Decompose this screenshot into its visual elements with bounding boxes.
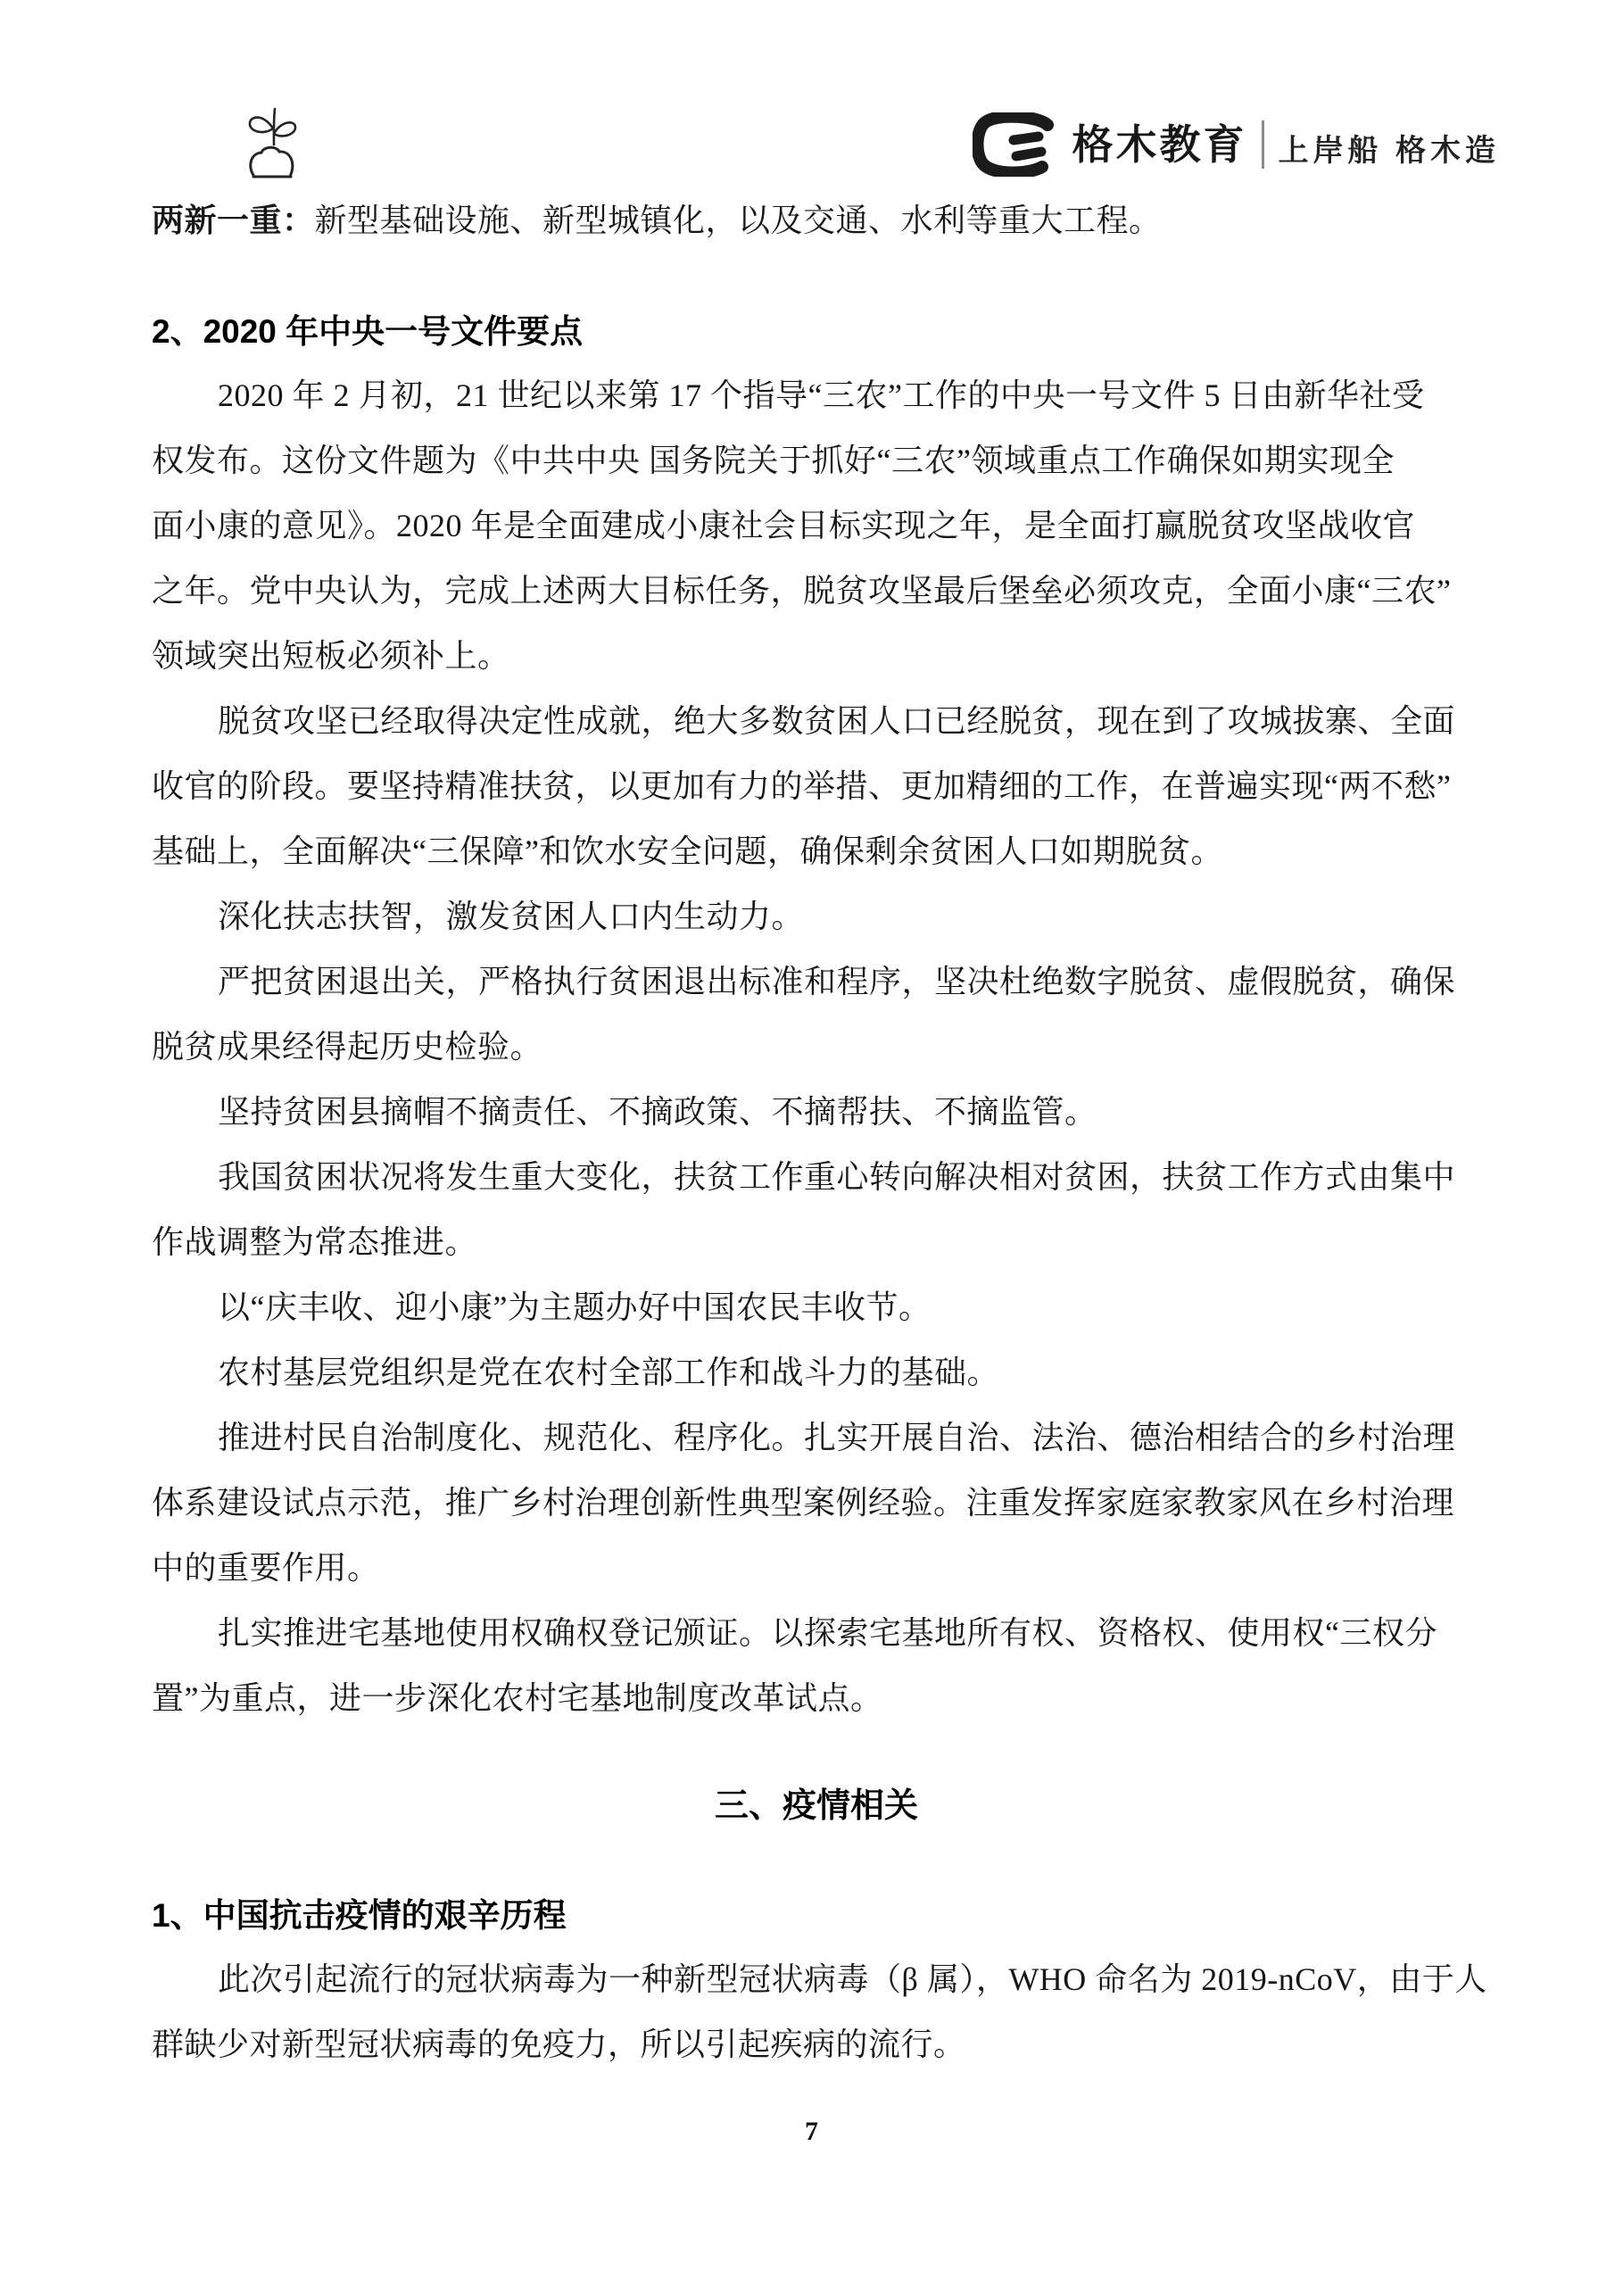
intro-line: 两新一重：新型基础设施、新型城镇化，以及交通、水利等重大工程。: [152, 186, 1481, 251]
body-line: 推进村民自治制度化、规范化、程序化。扎实开展自治、法治、德治相结合的乡村治理: [152, 1403, 1481, 1468]
body-line: 中的重要作用。: [152, 1533, 1481, 1598]
document-page: 格木教育 上岸船 格木造 两新一重：新型基础设施、新型城镇化，以及交通、水利等重…: [0, 0, 1623, 2296]
body-line: 领域突出短板必须补上。: [152, 621, 1481, 686]
chapter-heading: 三、疫情相关: [152, 1770, 1481, 1835]
body-line: 置”为重点，进一步深化农村宅基地制度改革试点。: [152, 1663, 1481, 1728]
brand-slogan: 上岸船 格木造: [1279, 120, 1500, 170]
content-blocks: 两新一重：新型基础设施、新型城镇化，以及交通、水利等重大工程。2、2020 年中…: [152, 186, 1481, 2075]
intro-term: 两新一重：: [152, 195, 315, 241]
brand-name: 格木教育: [1072, 112, 1247, 177]
body-line: 权发布。这份文件题为《中共中央 国务院关于抓好“三农”领域重点工作确保如期实现全: [152, 426, 1481, 491]
body-line: 作战调整为常态推进。: [152, 1207, 1481, 1272]
body-line: 脱贫攻坚已经取得决定性成就，绝大多数贫困人口已经脱贫，现在到了攻城拔寨、全面: [152, 686, 1481, 751]
section-heading: 2、2020 年中央一号文件要点: [152, 295, 1481, 361]
body-line: 坚持贫困县摘帽不摘责任、不摘政策、不摘帮扶、不摘监管。: [152, 1077, 1481, 1142]
gemu-logo-icon: [973, 112, 1058, 177]
body-line: 基础上，全面解决“三保障”和饮水安全问题，确保剩余贫困人口如期脱贫。: [152, 816, 1481, 882]
intro-text: 新型基础设施、新型城镇化，以及交通、水利等重大工程。: [315, 195, 1162, 241]
body-line: 此次引起流行的冠状病毒为一种新型冠状病毒（β 属），WHO 命名为 2019-n…: [152, 1944, 1481, 2010]
body-line: 体系建设试点示范，推广乡村治理创新性典型案例经验。注重发挥家庭家教家风在乡村治理: [152, 1468, 1481, 1533]
body-line: 农村基层党组织是党在农村全部工作和战斗力的基础。: [152, 1338, 1481, 1403]
body-line: 面小康的意见》。2020 年是全面建成小康社会目标实现之年，是全面打赢脱贫攻坚战…: [152, 491, 1481, 556]
brand-block: 格木教育 上岸船 格木造: [973, 112, 1500, 177]
body-line: 脱贫成果经得起历史检验。: [152, 1012, 1481, 1077]
seedling-icon: [239, 104, 309, 182]
body-line: 之年。党中央认为，完成上述两大目标任务，脱贫攻坚最后堡垒必须攻克，全面小康“三农…: [152, 556, 1481, 621]
body-line: 收官的阶段。要坚持精准扶贫，以更加有力的举措、更加精细的工作，在普遍实现“两不愁…: [152, 751, 1481, 816]
section-heading: 1、中国抗击疫情的艰辛历程: [152, 1879, 1481, 1944]
body-line: 严把贫困退出关，严格执行贫困退出标准和程序，坚决杜绝数字脱贫、虚假脱贫，确保: [152, 947, 1481, 1012]
body-line: 我国贫困状况将发生重大变化，扶贫工作重心转向解决相对贫困，扶贫工作方式由集中: [152, 1142, 1481, 1207]
page-number: 7: [0, 2117, 1623, 2147]
body-line: 2020 年 2 月初，21 世纪以来第 17 个指导“三农”工作的中央一号文件…: [152, 361, 1481, 426]
body-line: 扎实推进宅基地使用权确权登记颁证。以探索宅基地所有权、资格权、使用权“三权分: [152, 1598, 1481, 1663]
body-line: 群缺少对新型冠状病毒的免疫力，所以引起疾病的流行。: [152, 2010, 1481, 2075]
brand-divider: [1262, 120, 1264, 169]
body-line: 以“庆丰收、迎小康”为主题办好中国农民丰收节。: [152, 1272, 1481, 1338]
body-line: 深化扶志扶智，激发贫困人口内生动力。: [152, 882, 1481, 947]
